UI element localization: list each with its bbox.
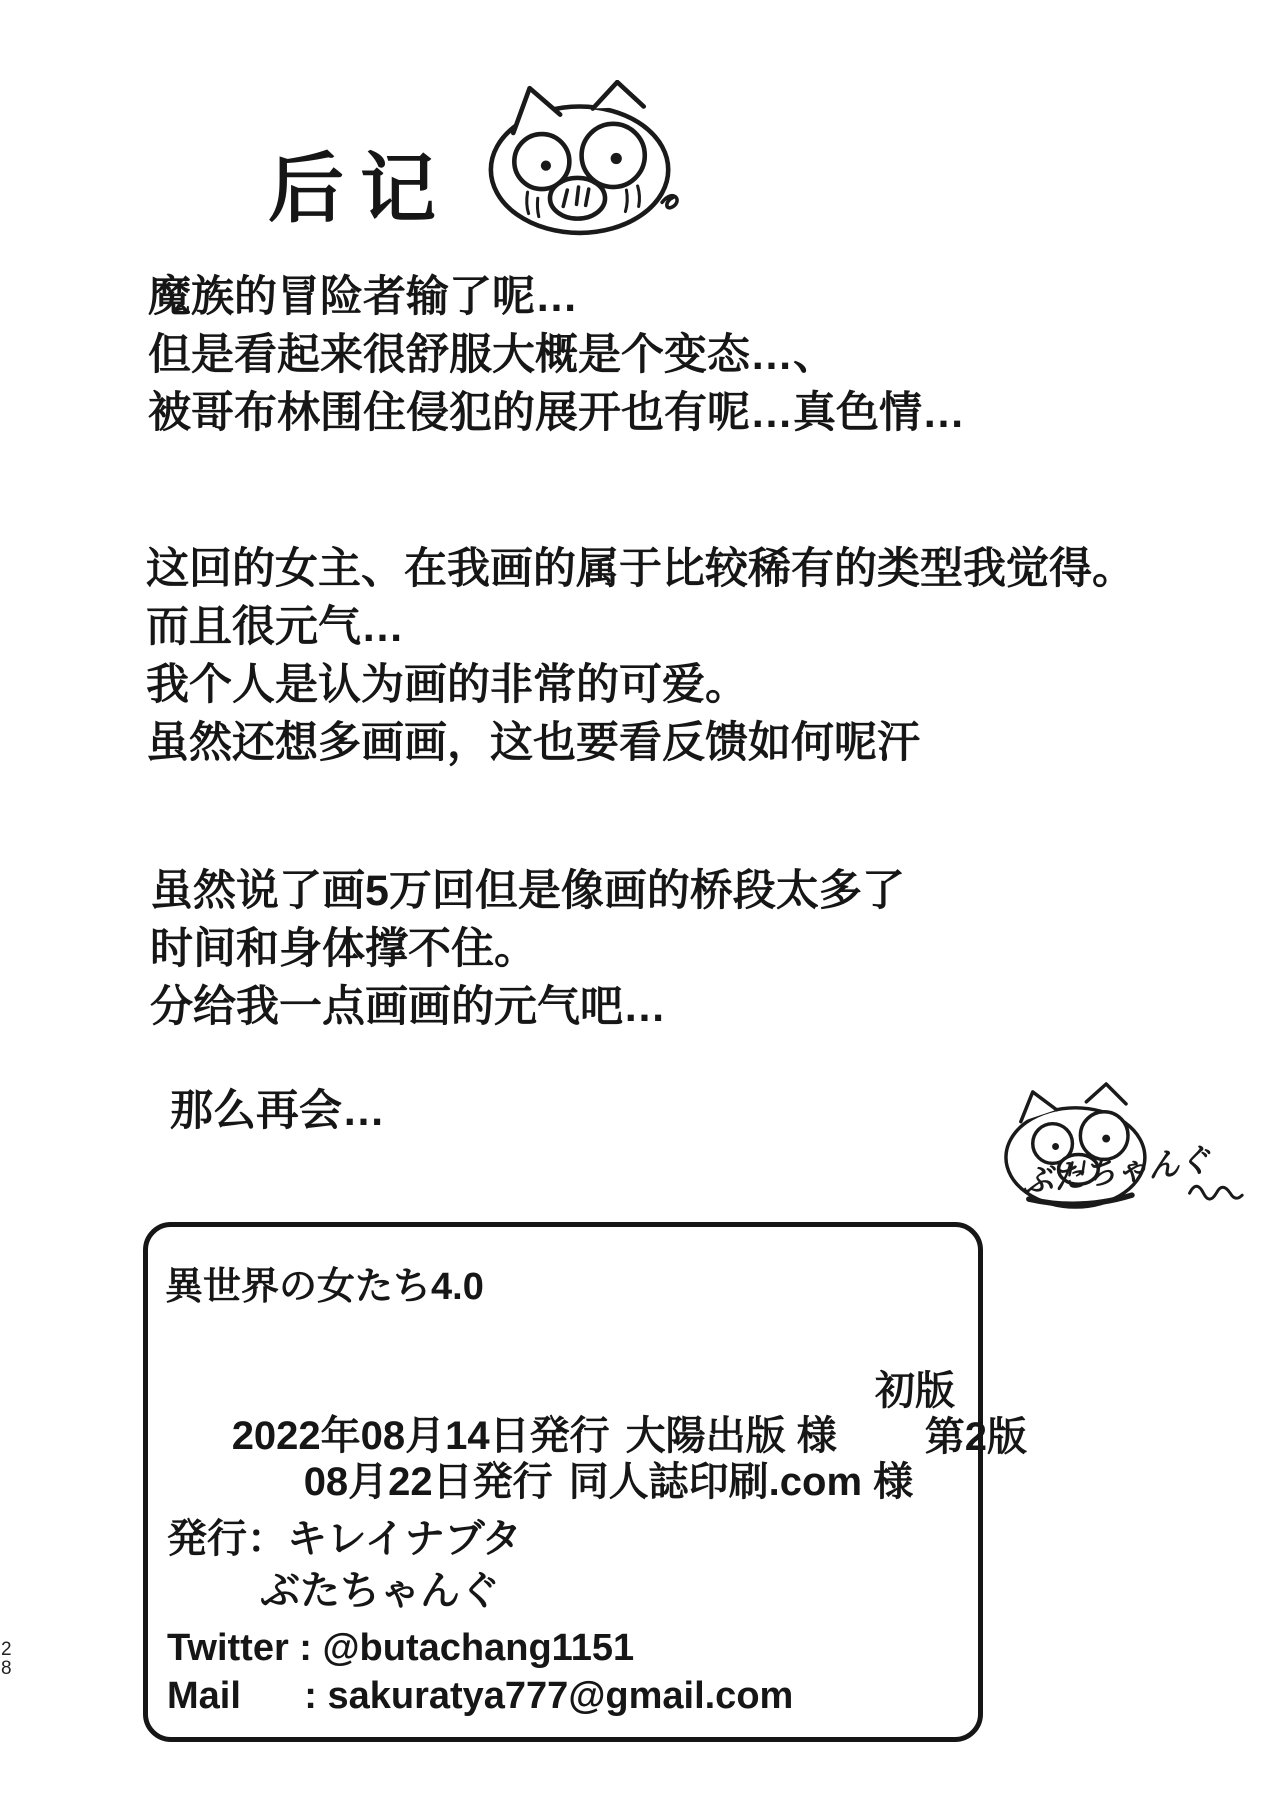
publisher-line-2: ぶたちゃんぐ	[260, 1559, 500, 1616]
mail-address: Mail : sakuratya777@gmail.com	[167, 1675, 793, 1718]
book-title: 異世界の女たち4.0	[165, 1255, 484, 1310]
paragraph-1-line-3: 被哥布林围住侵犯的展开也有呢…真色情…	[148, 384, 965, 442]
printing-2-date: 08月22日発行	[304, 1460, 553, 1504]
paragraph-2-line-4: 虽然还想多画画，这也要看反馈如何呢汗	[146, 714, 1135, 772]
afterword-page: 后记 魔族的冒险者输了呢… 但是看起来很舒服大概是个变态…、 被哥布林围住侵犯的…	[0, 0, 1280, 1808]
printing-2-edition: 第2版	[925, 1405, 1027, 1462]
paragraph-1: 魔族的冒险者输了呢… 但是看起来很舒服大概是个变态…、 被哥布林围住侵犯的展开也…	[148, 268, 965, 442]
page-number: 2 8	[1, 1640, 12, 1678]
pig-face-doodle	[472, 80, 682, 238]
paragraph-2: 这回的女主、在我画的属于比较稀有的类型我觉得。 而且很元气… 我个人是认为画的非…	[146, 540, 1135, 772]
paragraph-2-line-3: 我个人是认为画的非常的可爱。	[146, 656, 1135, 714]
paragraph-2-line-1: 这回的女主、在我画的属于比较稀有的类型我觉得。	[146, 540, 1135, 598]
paragraph-3-line-3: 分给我一点画画的元气吧…	[150, 978, 905, 1036]
paragraph-3-line-2: 时间和身体撑不住。	[150, 920, 905, 978]
pig-face-doodle-signed: ぶたちゃんぐ	[995, 1082, 1265, 1214]
paragraph-1-line-2: 但是看起来很舒服大概是个变态…、	[148, 326, 965, 384]
farewell-line: 那么再会…	[170, 1082, 385, 1140]
paragraph-1-line-1: 魔族的冒险者输了呢…	[148, 268, 965, 326]
twitter-handle: Twitter : @butachang1151	[167, 1627, 634, 1670]
page-number-digit-1: 2	[1, 1640, 12, 1659]
paragraph-3: 虽然说了画5万回但是像画的桥段太多了 时间和身体撑不住。 分给我一点画画的元气吧…	[150, 862, 905, 1036]
page-number-digit-2: 8	[1, 1659, 12, 1678]
page-title: 后记	[268, 128, 452, 237]
publisher-line-1: 発行：キレイナブタ	[167, 1507, 522, 1564]
printing-2-press: 同人誌印刷.com 様	[569, 1460, 913, 1504]
paragraph-3-line-1: 虽然说了画5万回但是像画的桥段太多了	[150, 862, 905, 920]
paragraph-2-line-2: 而且很元气…	[146, 598, 1135, 656]
colophon-box: 異世界の女たち4.0 2022年08月14日発行大陽出版 様 初版 08月22日…	[143, 1222, 983, 1742]
wavy-flourish	[1190, 1186, 1243, 1199]
